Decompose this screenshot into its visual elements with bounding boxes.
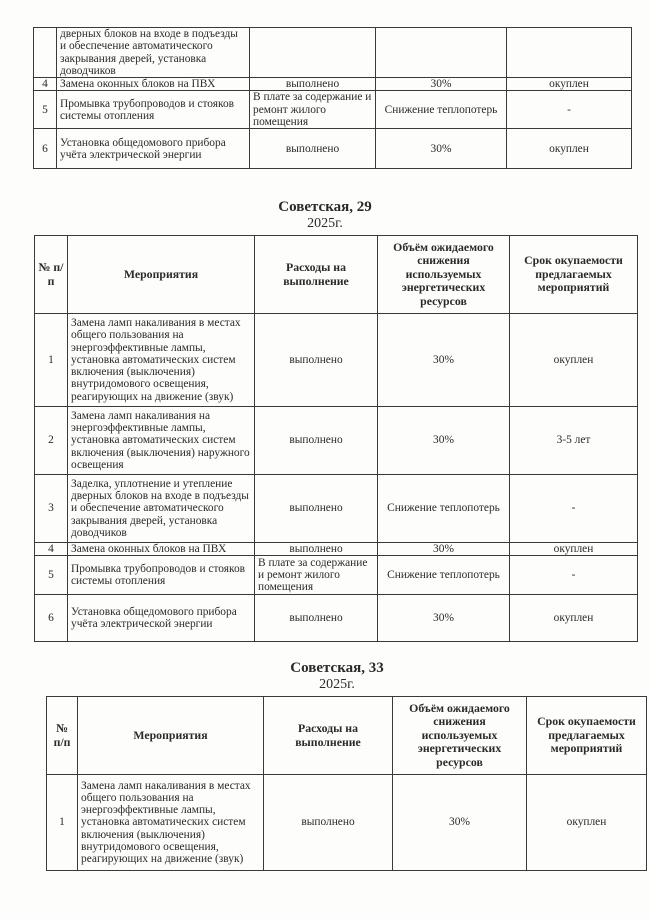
measure-cell: Замена оконных блоков на ПВХ [68,543,255,556]
payback-cell: окуплен [510,543,638,556]
measure-cell: Промывка трубопроводов и стояков системы… [57,91,250,129]
row-number: 6 [35,595,68,642]
cost-cell: выполнено [255,543,378,556]
cost-cell: выполнено [255,314,378,407]
continuation-table: дверных блоков на входе в подъезды и обе… [33,27,632,169]
table-header-row: № п/п Мероприятия Расходы на выполнение … [47,697,647,775]
header-payback: Срок окупаемости предлагаемых мероприяти… [527,697,647,775]
row-number: 5 [34,91,57,129]
table-row: 6 Установка общедомового прибора учёта э… [35,595,638,642]
measure-cell: Замена ламп накаливания в местах общего … [78,775,264,871]
row-number: 4 [34,78,57,91]
row-number: 1 [35,314,68,407]
measures-table-29: № п/п Мероприятия Расходы на выполнение … [34,235,638,642]
table-row: 3 Заделка, уплотнение и утепление дверны… [35,475,638,543]
volume-cell: Снижение теплопотерь [376,91,507,129]
volume-cell: 30% [378,314,510,407]
table-row: 5 Промывка трубопроводов и стояков систе… [34,91,632,129]
measures-table-33: № п/п Мероприятия Расходы на выполнение … [46,696,647,871]
section-title-29: Советская, 29 [0,199,650,216]
table-header-row: № п/п Мероприятия Расходы на выполнение … [35,236,638,314]
volume-cell: 30% [376,78,507,91]
section-year-33: 2025г. [0,677,650,693]
header-number: № п/п [47,697,78,775]
volume-cell: Снижение теплопотерь [378,475,510,543]
row-number: 6 [34,129,57,169]
payback-cell: окуплен [507,78,632,91]
cost-cell: выполнено [250,129,376,169]
measure-cell: дверных блоков на входе в подъезды и обе… [57,28,250,78]
payback-cell: окуплен [510,595,638,642]
cost-cell: выполнено [264,775,393,871]
header-measure: Мероприятия [78,697,264,775]
table-row: дверных блоков на входе в подъезды и обе… [34,28,632,78]
payback-cell: окуплен [507,129,632,169]
table-row: 5 Промывка трубопроводов и стояков систе… [35,556,638,595]
volume-cell: 30% [378,407,510,475]
header-cost: Расходы на выполнение [264,697,393,775]
payback-cell: 3-5 лет [510,407,638,475]
volume-cell: 30% [393,775,527,871]
row-number: 3 [35,475,68,543]
measure-cell: Установка общедомового прибора учёта эле… [68,595,255,642]
table-row: 1 Замена ламп накаливания в местах общег… [47,775,647,871]
volume-cell: 30% [378,543,510,556]
measure-cell: Замена ламп накаливания в местах общего … [68,314,255,407]
cost-cell: выполнено [255,407,378,475]
measure-cell: Замена ламп накаливания на энергоэффекти… [68,407,255,475]
payback-cell: окуплен [527,775,647,871]
volume-cell: 30% [378,595,510,642]
measure-cell: Заделка, уплотнение и утепление дверных … [68,475,255,543]
table-row: 4 Замена оконных блоков на ПВХ выполнено… [35,543,638,556]
header-measure: Мероприятия [68,236,255,314]
row-number: 4 [35,543,68,556]
table-row: 4 Замена оконных блоков на ПВХ выполнено… [34,78,632,91]
volume-cell [376,28,507,78]
table-row: 2 Замена ламп накаливания на энергоэффек… [35,407,638,475]
header-cost: Расходы на выполнение [255,236,378,314]
payback-cell: окуплен [510,314,638,407]
header-volume: Объём ожидаемого снижения используемых э… [393,697,527,775]
payback-cell: - [507,91,632,129]
section-title-33: Советская, 33 [0,660,650,677]
row-number [34,28,57,78]
table-row: 1 Замена ламп накаливания в местах общег… [35,314,638,407]
cost-cell [250,28,376,78]
payback-cell [507,28,632,78]
row-number: 5 [35,556,68,595]
cost-cell: выполнено [255,475,378,543]
cost-cell: В плате за содержание и ремонт жилого по… [250,91,376,129]
payback-cell: - [510,475,638,543]
cost-cell: В плате за содержание и ремонт жилого по… [255,556,378,595]
header-payback: Срок окупаемости предлагаемых мероприяти… [510,236,638,314]
measure-cell: Установка общедомового прибора учёта эле… [57,129,250,169]
row-number: 2 [35,407,68,475]
header-volume: Объём ожидаемого снижения используемых э… [378,236,510,314]
volume-cell: 30% [376,129,507,169]
cost-cell: выполнено [250,78,376,91]
volume-cell: Снижение теплопотерь [378,556,510,595]
header-number: № п/п [35,236,68,314]
measure-cell: Промывка трубопроводов и стояков системы… [68,556,255,595]
measure-cell: Замена оконных блоков на ПВХ [57,78,250,91]
row-number: 1 [47,775,78,871]
section-year-29: 2025г. [0,216,650,232]
payback-cell: - [510,556,638,595]
table-row: 6 Установка общедомового прибора учёта э… [34,129,632,169]
cost-cell: выполнено [255,595,378,642]
